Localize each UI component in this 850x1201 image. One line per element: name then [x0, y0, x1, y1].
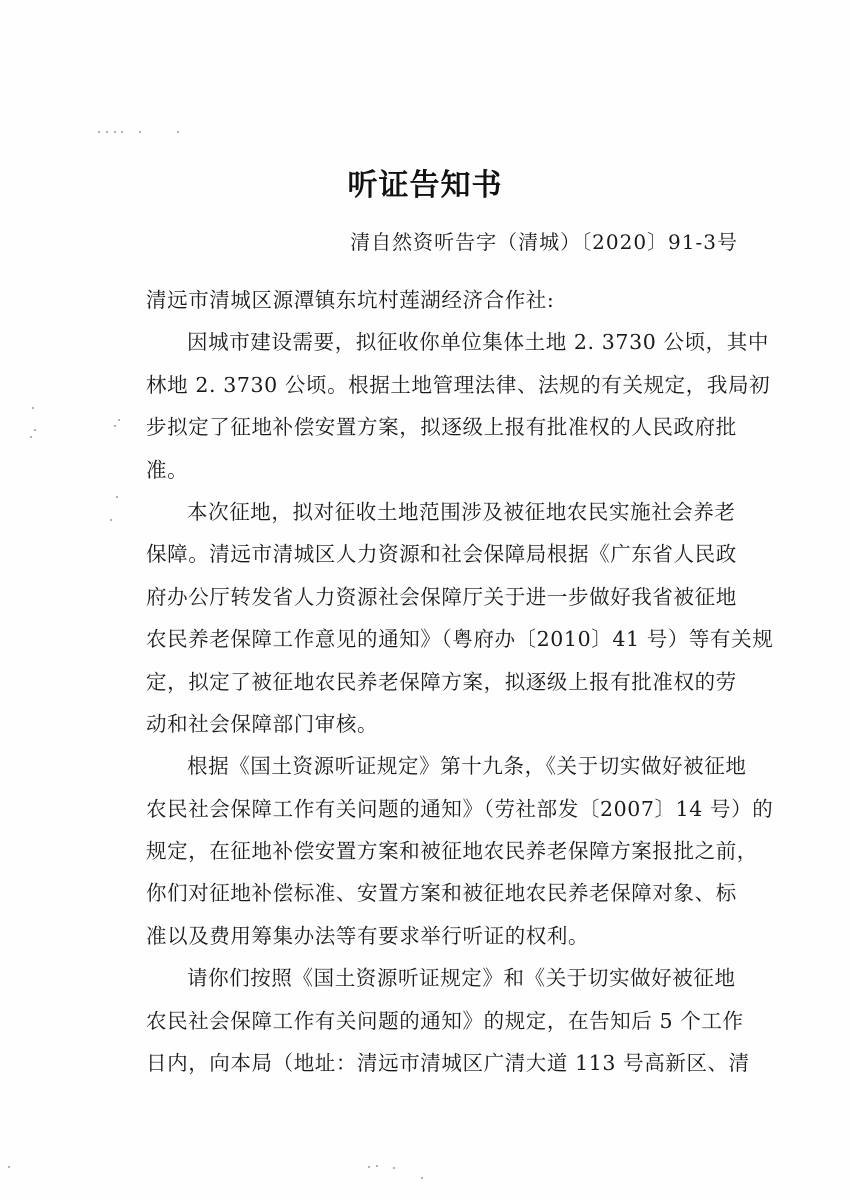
paragraph-2-line-6: 动和社会保障部门审核。 — [146, 706, 746, 748]
paragraph-2-line-3: 府办公厅转发省人力资源社会保障厅关于进一步做好我省被征地 — [146, 579, 746, 621]
document-title: 听证告知书 — [0, 160, 850, 204]
scan-speck — [8, 1166, 10, 1168]
scan-speck — [98, 131, 100, 133]
scan-speck — [34, 429, 36, 431]
paragraph-4-line-1: 请你们按照《国土资源听证规定》和《关于切实做好被征地 — [146, 960, 746, 1002]
document-body: 清远市清城区源潭镇东坑村莲湖经济合作社: 因城市建设需要，拟征收你单位集体土地 … — [146, 282, 746, 1087]
paragraph-4-line-2: 农民社会保障工作有关问题的通知》的规定，在告知后 5 个工作 — [146, 1003, 746, 1045]
scan-speck — [110, 519, 112, 521]
scan-speck — [114, 425, 116, 427]
scan-speck — [121, 131, 123, 133]
paragraph-4-line-3: 日内，向本局（地址：清远市清城区广清大道 113 号高新区、清 — [146, 1045, 746, 1087]
paragraph-3-line-1: 根据《国土资源听证规定》第十九条，《关于切实做好被征地 — [146, 748, 746, 790]
scan-speck — [393, 1167, 395, 1169]
paragraph-3-line-4: 你们对征地补偿标准、安置方案和被征地农民养老保障对象、标 — [146, 875, 746, 917]
paragraph-2-line-4: 农民养老保障工作意见的通知》（粤府办〔2010〕41 号）等有关规 — [146, 621, 746, 663]
paragraph-1-line-3: 步拟定了征地补偿安置方案，拟逐级上报有批准权的人民政府批 — [146, 409, 746, 451]
paragraph-2-line-5: 定，拟定了被征地农民养老保障方案，拟逐级上报有批准权的劳 — [146, 664, 746, 706]
paragraph-2-line-1: 本次征地，拟对征收土地范围涉及被征地农民实施社会养老 — [146, 494, 746, 536]
paragraph-3-line-3: 规定，在征地补偿安置方案和被征地农民养老保障方案报批之前， — [146, 833, 746, 875]
scan-speck — [106, 131, 108, 133]
document-page: 听证告知书 清自然资听告字（清城）〔2020〕91-3号 清远市清城区源潭镇东坑… — [0, 0, 850, 1201]
paragraph-3-line-2: 农民社会保障工作有关问题的通知》（劳社部发〔2007〕14 号）的 — [146, 791, 746, 833]
addressee-line: 清远市清城区源潭镇东坑村莲湖经济合作社: — [146, 282, 746, 324]
paragraph-2-line-2: 保障。清远市清城区人力资源和社会保障局根据《广东省人民政 — [146, 536, 746, 578]
paragraph-3-line-5: 准以及费用筹集办法等有要求举行听证的权利。 — [146, 918, 746, 960]
scan-speck — [114, 131, 116, 133]
scan-speck — [177, 131, 179, 133]
reference-number: 清自然资听告字（清城）〔2020〕91-3号 — [350, 226, 738, 255]
paragraph-1-line-2: 林地 2. 3730 公顷。根据土地管理法律、法规的有关规定，我局初 — [146, 367, 746, 409]
scan-speck — [139, 131, 141, 133]
scan-speck — [376, 1165, 378, 1167]
scan-speck — [421, 1177, 423, 1179]
scan-speck — [116, 496, 118, 498]
scan-speck — [30, 436, 32, 438]
paragraph-1-line-4: 准。 — [146, 452, 746, 494]
scan-speck — [32, 407, 34, 409]
scan-speck — [368, 1166, 370, 1168]
paragraph-1-line-1: 因城市建设需要，拟征收你单位集体土地 2. 3730 公顷，其中 — [146, 324, 746, 366]
scan-speck — [118, 419, 120, 421]
